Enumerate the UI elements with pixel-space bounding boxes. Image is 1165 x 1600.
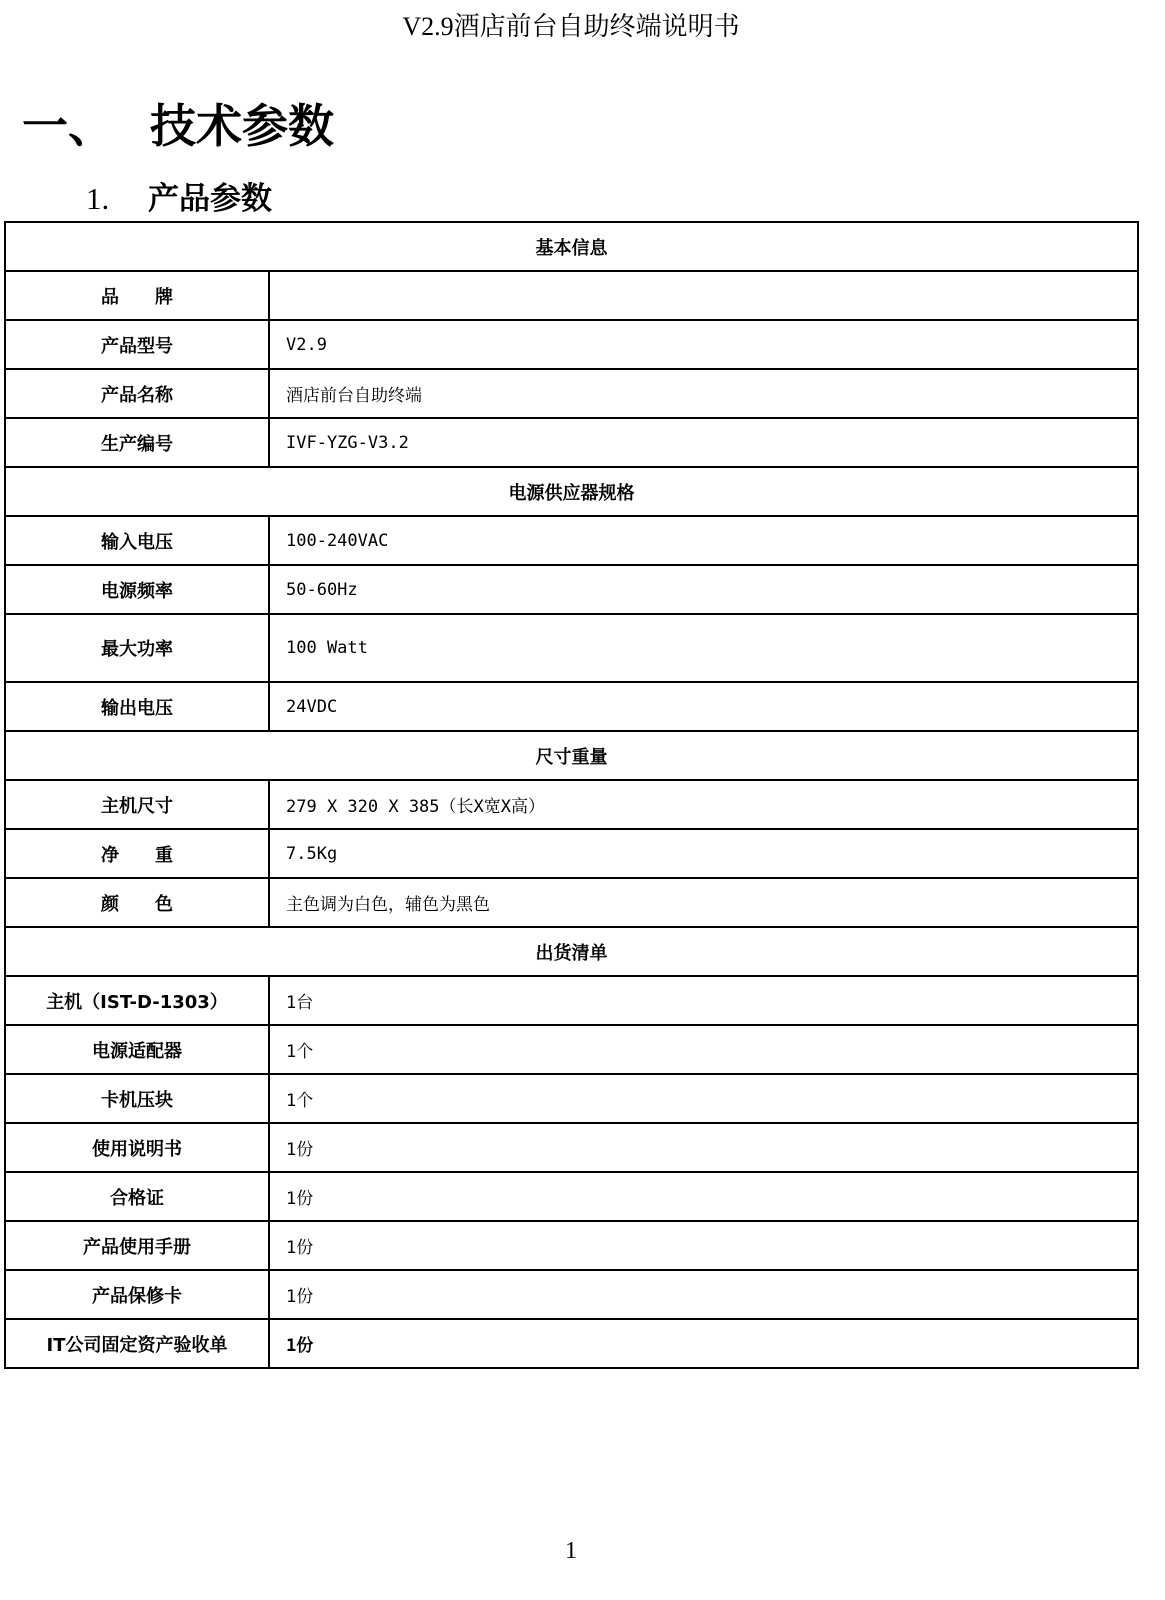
row-label: 卡机压块 — [5, 1074, 269, 1123]
product-parameters-table: 基本信息 品 牌 产品型号V2.9 产品名称酒店前台自助终端 生产编号IVF-Y… — [4, 221, 1139, 1369]
subsection-heading: 1.产品参数 — [86, 173, 272, 218]
table-row: 品 牌 — [5, 271, 1138, 320]
section-title-basic-info: 基本信息 — [5, 222, 1138, 271]
table-row: 合格证1份 — [5, 1172, 1138, 1221]
table-row: 电源频率50-60Hz — [5, 565, 1138, 614]
row-label: 颜 色 — [5, 878, 269, 927]
row-label: 产品使用手册 — [5, 1221, 269, 1270]
row-value: 酒店前台自助终端 — [269, 369, 1138, 418]
row-label: 电源适配器 — [5, 1025, 269, 1074]
row-value: IVF-YZG-V3.2 — [269, 418, 1138, 467]
row-value: 100 Watt — [269, 614, 1138, 682]
table-row: 输入电压100-240VAC — [5, 516, 1138, 565]
row-value: 1个 — [269, 1074, 1138, 1123]
table-row: 主机（IST-D-1303）1台 — [5, 976, 1138, 1025]
table-row: 净 重7.5Kg — [5, 829, 1138, 878]
row-value: 1台 — [269, 976, 1138, 1025]
row-value: 7.5Kg — [269, 829, 1138, 878]
row-label: 输入电压 — [5, 516, 269, 565]
table-row: 生产编号IVF-YZG-V3.2 — [5, 418, 1138, 467]
table-row: 产品型号V2.9 — [5, 320, 1138, 369]
row-label: 输出电压 — [5, 682, 269, 731]
row-value: 24VDC — [269, 682, 1138, 731]
subsection-title: 产品参数 — [148, 181, 272, 217]
section-title-power-supply: 电源供应器规格 — [5, 467, 1138, 516]
row-label: 产品保修卡 — [5, 1270, 269, 1319]
row-value: 279 X 320 X 385（长X宽X高） — [269, 780, 1138, 829]
row-value: V2.9 — [269, 320, 1138, 369]
section-title-size-weight: 尺寸重量 — [5, 731, 1138, 780]
table-row: 产品名称酒店前台自助终端 — [5, 369, 1138, 418]
row-value: 1份 — [269, 1172, 1138, 1221]
table-section-header: 基本信息 — [5, 222, 1138, 271]
table-row: 最大功率100 Watt — [5, 614, 1138, 682]
section-heading: 一、技术参数 — [22, 90, 334, 156]
table-row: 卡机压块1个 — [5, 1074, 1138, 1123]
row-value: 100-240VAC — [269, 516, 1138, 565]
row-label: 合格证 — [5, 1172, 269, 1221]
row-label: 电源频率 — [5, 565, 269, 614]
row-value: 主色调为白色，辅色为黑色 — [269, 878, 1138, 927]
row-value — [269, 271, 1138, 320]
table-row: 颜 色主色调为白色，辅色为黑色 — [5, 878, 1138, 927]
page-number: 1 — [0, 1538, 1142, 1565]
row-label: IT公司固定资产验收单 — [5, 1319, 269, 1368]
row-label: 产品型号 — [5, 320, 269, 369]
row-label: 产品名称 — [5, 369, 269, 418]
subsection-number: 1. — [86, 181, 148, 217]
row-value: 1份 — [269, 1319, 1138, 1368]
row-label: 主机（IST-D-1303） — [5, 976, 269, 1025]
table-section-header: 出货清单 — [5, 927, 1138, 976]
table-section-header: 尺寸重量 — [5, 731, 1138, 780]
section-number: 一、 — [22, 90, 150, 156]
table-row: 产品使用手册1份 — [5, 1221, 1138, 1270]
table-row: 主机尺寸279 X 320 X 385（长X宽X高） — [5, 780, 1138, 829]
row-label: 品 牌 — [5, 271, 269, 320]
section-title-packing-list: 出货清单 — [5, 927, 1138, 976]
row-value: 1份 — [269, 1221, 1138, 1270]
section-title: 技术参数 — [150, 99, 334, 153]
table-row: 使用说明书1份 — [5, 1123, 1138, 1172]
row-value: 1份 — [269, 1270, 1138, 1319]
row-label: 净 重 — [5, 829, 269, 878]
row-label: 最大功率 — [5, 614, 269, 682]
row-value: 50-60Hz — [269, 565, 1138, 614]
row-label: 使用说明书 — [5, 1123, 269, 1172]
page-header-title: V2.9酒店前台自助终端说明书 — [0, 6, 1142, 43]
table-row: 输出电压24VDC — [5, 682, 1138, 731]
table-row: 产品保修卡1份 — [5, 1270, 1138, 1319]
row-value: 1份 — [269, 1123, 1138, 1172]
table-row: IT公司固定资产验收单1份 — [5, 1319, 1138, 1368]
row-label: 主机尺寸 — [5, 780, 269, 829]
row-value: 1个 — [269, 1025, 1138, 1074]
row-label: 生产编号 — [5, 418, 269, 467]
table-section-header: 电源供应器规格 — [5, 467, 1138, 516]
table-row: 电源适配器1个 — [5, 1025, 1138, 1074]
